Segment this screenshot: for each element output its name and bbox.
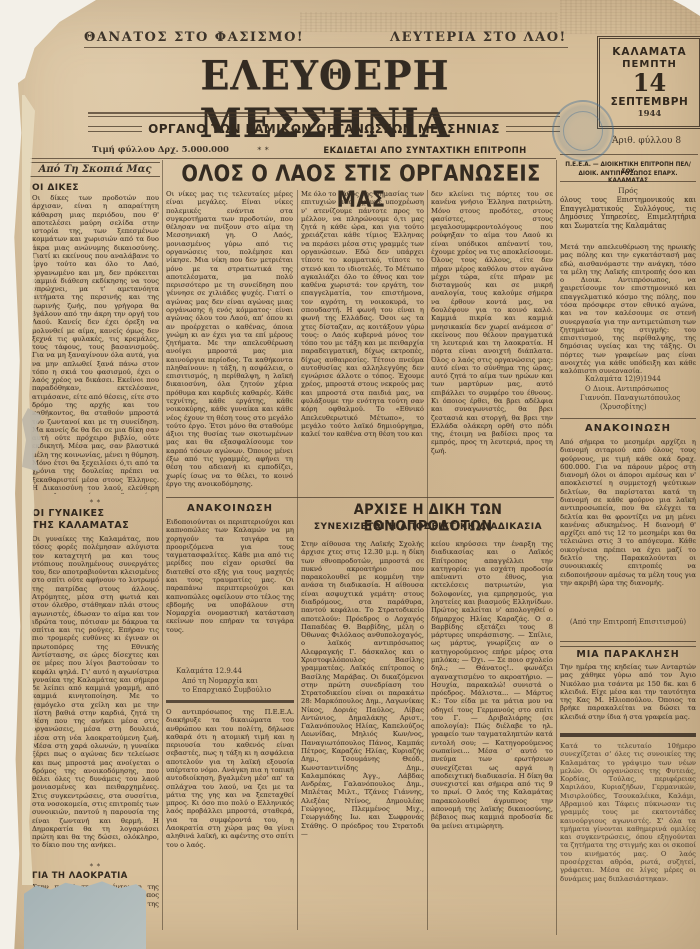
column2-divider <box>166 700 294 703</box>
announcement-signature-2: το Επαρχιακό Συμβούλιο <box>182 686 294 694</box>
date-city: ΚΑΛΑΜΑΤΑ <box>612 46 686 58</box>
letter-signature-alias: (Χρυσοβίτης) <box>600 403 696 411</box>
separator-stars: ∗ ∗ <box>32 861 158 869</box>
lead-column-c: δεν κλείνει τις πόρτες του σε κανένα γνή… <box>431 190 553 495</box>
slogan-right: ΛΕΥΤΕΡΙΑ ΣΤΟ ΛΑΟ! <box>390 30 570 45</box>
article-title-gynaikes-2: ΤΗΣ ΚΑΛΑΜΑΤΑΣ <box>32 520 158 531</box>
trial-column-a: Στην αίθουσα της Λαϊκής Σχολής άρχισε χτ… <box>301 540 424 930</box>
slogan-left: ΘΑΝΑΤΟΣ ΣΤΟ ΦΑΣΙΣΜΟ! <box>84 30 314 45</box>
subtitle-row: ΟΡΓΑΝΟ ΤΩΝ ΕΑΜΙΚΩΝ ΟΡΓΑΝΩΣΕΩΝ ΜΕΣΣΗΝΙΑΣ <box>88 122 560 136</box>
publisher-line: ΕΚΔΙΔΕΤΑΙ ΑΠΟ ΣΥΝΤΑΧΤΙΚΗ ΕΠΙΤΡΟΠΗ <box>300 146 550 156</box>
letter-signature-role: Ο Διοικ. Αντιπρόσωπος <box>585 385 697 393</box>
plea-bottom-rule <box>560 733 696 737</box>
letter-body: Μετά την απελευθέρωση της ηρωικής μας πό… <box>560 243 696 373</box>
column-rule-1 <box>162 160 163 930</box>
plea-top-rule <box>560 641 696 647</box>
trial-column-b: κείου κηρύσσει την έναρξη της διαδικασία… <box>431 540 553 930</box>
article-title-laokratia: ΓΙΑ ΤΗ ΛΑΟΚΡΑΤΙΑ <box>32 871 158 881</box>
round-stamp <box>552 100 614 162</box>
announcement-body: Ειδοποιούνται οι περιπτεριούχοι και καπν… <box>166 518 294 666</box>
title-rule-thin <box>88 116 560 117</box>
article-body-gynaikes: Οι γυναίκες της Καλαμάτας, που τόσες φορ… <box>32 535 159 860</box>
lead-column-a: Οι νίκες μας τις τελευταίες μέρες είναι … <box>166 190 293 495</box>
article-title-dikes: ΟΙ ΔΙΚΕΣ <box>32 183 158 193</box>
separator-stars: ∗ ∗ <box>32 497 158 505</box>
subtitle-rule-left <box>88 126 142 132</box>
article-body-dikes: Οι δίκες των προδοτών που άρχισαν, είναι… <box>32 194 159 494</box>
column-kicker: Από Τη Σκοπιά Μας <box>30 162 160 177</box>
date-year: 1944 <box>638 109 662 119</box>
date-day: 14 <box>633 71 666 95</box>
date-month: ΣΕΠΤΕΜΒΡΗ <box>611 96 689 108</box>
newspaper-page: ΘΑΝΑΤΟΣ ΣΤΟ ΦΑΣΙΣΜΟ! ΛΕΥΤΕΡΙΑ ΣΤΟ ΛΑΟ! Ε… <box>0 0 700 949</box>
header-stars: ∗∗ <box>252 144 276 153</box>
print-noise <box>560 0 700 34</box>
letter-addressees: όλους τους Επιστημονικούς και Επαγγελματ… <box>560 196 696 240</box>
price-label: Τιμή φύλλου Δρχ. 5.000.000 <box>92 145 252 155</box>
right-announcement-body: Από σήμερα το μεσημέρι αρχίζει η διανομή… <box>560 438 696 616</box>
announcement-dateline: Καλαμάτα 12.9.44 <box>176 667 294 675</box>
column-rule-4 <box>556 160 557 935</box>
letter-dateline: Καλαμάτα 12)9)1944 <box>585 375 697 383</box>
peea-paragraph: Ο αντιπρόσωπος της Π.Ε.Ε.Α. διακήρυξε τα… <box>166 708 294 928</box>
column-rule-2 <box>297 190 298 930</box>
announcement-signature-1: Από τη Νομαρχία και <box>182 677 294 685</box>
right-tail-paragraph: Κατά το τελευταίο 10ήμερο συνεχίζεται σ'… <box>560 742 696 922</box>
right-announcement-signature: (Από την Επιτροπή Επισιτισμού) <box>562 618 694 626</box>
date-box: ΚΑΛΑΜΑΤΑ ΠΕΜΠΤΗ 14 ΣΕΠΤΕΜΒΡΗ 1944 <box>597 36 700 129</box>
trial-subhead: ΣΥΝΕΧΙΖΕΤΑΙ Η ΑΠΟΔΕΙΚΤΙΚΗ ΔΙΑΔΙΚΑΣΙΑ <box>300 522 556 532</box>
plea-title: ΜΙΑ ΠΑΡΑΚΛΗΣΗ <box>558 649 698 660</box>
torn-patch-bottom-left <box>24 880 146 949</box>
right-section-rule <box>560 418 696 419</box>
column-rule-3 <box>427 190 428 930</box>
slogan-rule <box>84 47 568 48</box>
letter-signature-name: Γιαννόπ. Παναγιωτόπουλος <box>580 394 698 402</box>
right-header-rule <box>560 181 696 182</box>
announcement-title: ΑΝΑΚΟΙΝΩΣΗ <box>166 503 294 514</box>
header-bottom-rule <box>30 158 556 159</box>
plea-body: Την ημέρα της κηδείας των Ανταρτών μας χ… <box>560 663 696 729</box>
print-noise <box>300 12 558 32</box>
title-rule-thick <box>88 112 560 114</box>
article-title-gynaikes-1: ΟΙ ΓΥΝΑΙΚΕΣ <box>32 508 158 519</box>
mid-section-rule <box>166 497 554 498</box>
round-stamp-inner-ring <box>563 111 603 151</box>
letter-salute: Πρός <box>558 186 698 195</box>
newspaper-subtitle: ΟΡΓΑΝΟ ΤΩΝ ΕΑΜΙΚΩΝ ΟΡΓΑΝΩΣΕΩΝ ΜΕΣΣΗΝΙΑΣ <box>148 122 500 136</box>
right-announcement-title: ΑΝΑΚΟΙΝΩΣΗ <box>558 423 698 434</box>
lead-column-b: Με όλο το βάθος της σημασίας των επιτυχι… <box>301 190 424 495</box>
